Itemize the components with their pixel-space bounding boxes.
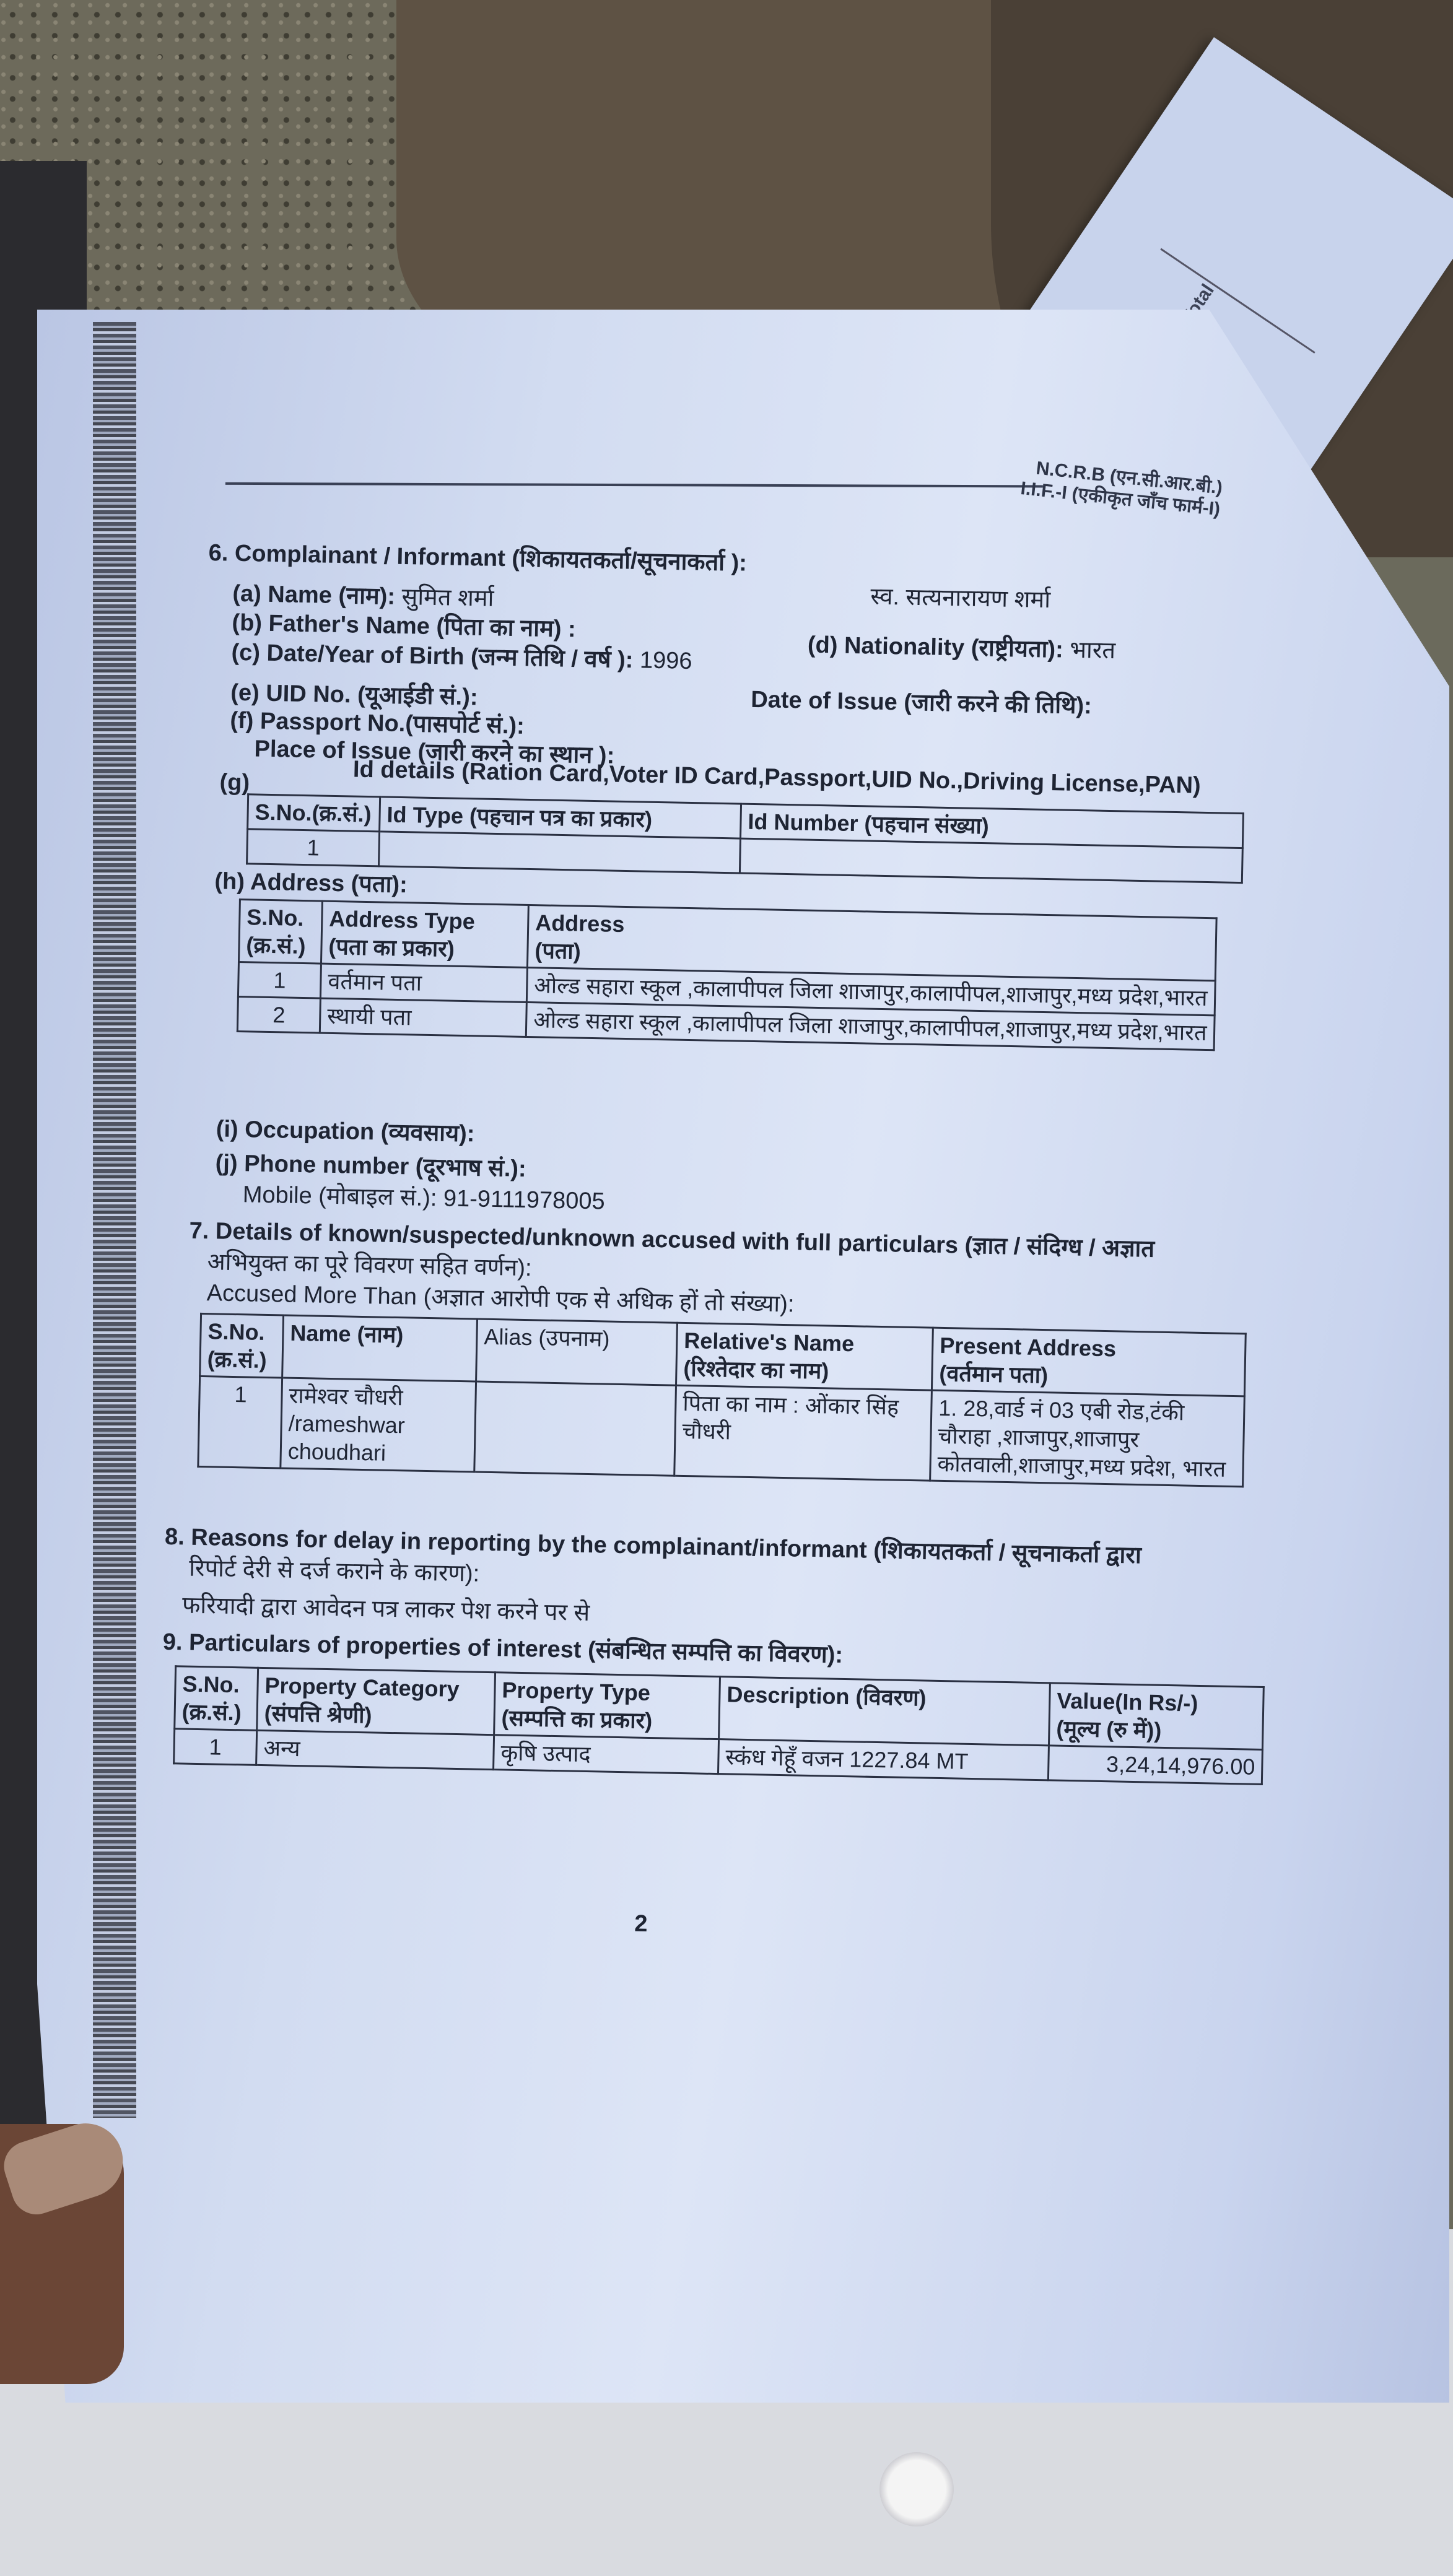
header-description: Description (विवरण)	[719, 1677, 1050, 1746]
header-property-category: Property Category (संपत्ति श्रेणी)	[257, 1668, 495, 1734]
name-label: (a) Name (नाम):	[232, 581, 395, 610]
cell-sno: 1	[198, 1376, 282, 1468]
header-sno: S.No. (क्र.सं.)	[200, 1313, 284, 1378]
cell-value: 3,24,14,976.00	[1048, 1746, 1262, 1785]
header-value: Value(In Rs/-) (मूल्य (रु में))	[1049, 1683, 1263, 1750]
cell-relative-name: पिता का नाम : ओंकार सिंह चौधरी	[674, 1385, 932, 1481]
section-7-title-line-2: अभियुक्त का पूरे विवरण सहित वर्णन):	[207, 1248, 532, 1284]
cell-sno: 1	[174, 1729, 257, 1765]
staple-binding-edge	[93, 322, 136, 2118]
properties-table: S.No. (क्र.सं.) Property Category (संपत्…	[173, 1665, 1265, 1785]
header-alias: Alias (उपनाम)	[476, 1319, 678, 1385]
shirt-button	[879, 2452, 954, 2526]
section-8-title-line-2: रिपोर्ट देरी से दर्ज कराने के कारण):	[189, 1554, 480, 1589]
header-sno: S.No. (क्र.सं.)	[175, 1666, 258, 1731]
page-number: 2	[634, 1910, 648, 1939]
cell-accused-name: रामेश्वर चौधरी /rameshwar choudhari	[281, 1378, 476, 1472]
table-row: 1 रामेश्वर चौधरी /rameshwar choudhari पि…	[198, 1376, 1244, 1486]
cell-id-type	[379, 832, 741, 873]
cell-alias	[474, 1382, 676, 1476]
father-name-value: स्व. सत्यनारायण शर्मा	[870, 583, 1050, 616]
id-details-marker: (g)	[219, 768, 250, 798]
header-property-type: Property Type (सम्पत्ति का प्रकार)	[494, 1673, 720, 1739]
header-sno: S.No.(क्र.सं.)	[248, 794, 380, 832]
nationality-row: (d) Nationality (राष्ट्रीयता): भारत	[808, 631, 1116, 666]
occupation-label: (i) Occupation (व्यवसाय):	[216, 1115, 475, 1149]
header-address-type: Address Type (पता का प्रकार)	[321, 901, 528, 967]
dob-value: 1996	[640, 647, 692, 674]
cell-sno: 1	[247, 829, 380, 866]
cell-property-type: कृषि उत्पाद	[494, 1735, 719, 1774]
mobile-label: Mobile (मोबाइल सं.):	[242, 1181, 437, 1211]
address-title: (h) Address (पता):	[214, 867, 408, 900]
cell-present-address: 1. 28,वार्ड नं 03 एबी रोड,टंकी चौराहा ,श…	[930, 1390, 1245, 1487]
header-name: Name (नाम)	[282, 1315, 478, 1382]
header-relative-name: Relative's Name (रिश्तेदार का नाम)	[676, 1323, 933, 1390]
name-value: सुमित शर्मा	[401, 584, 494, 612]
mobile-value: 91-9111978005	[443, 1185, 605, 1214]
cell-property-category: अन्य	[256, 1730, 494, 1769]
accused-table: S.No. (क्र.सं.) Name (नाम) Alias (उपनाम)…	[197, 1313, 1246, 1487]
cell-address-type: स्थायी पता	[320, 998, 526, 1037]
dob-label: (c) Date/Year of Birth (जन्म तिथि / वर्ष…	[231, 640, 634, 673]
cell-sno: 2	[237, 997, 320, 1033]
phone-label: (j) Phone number (दूरभाष सं.):	[215, 1149, 526, 1184]
header-sno: S.No. (क्र.सं.)	[239, 900, 323, 964]
nationality-label: (d) Nationality (राष्ट्रीयता):	[808, 632, 1064, 663]
nationality-value: भारत	[1070, 637, 1116, 664]
cell-address-type: वर्तमान पता	[320, 964, 527, 1002]
address-table: S.No. (क्र.सं.) Address Type (पता का प्र…	[237, 899, 1218, 1051]
cell-description: स्कंध गेहूँ वजन 1227.84 MT	[718, 1739, 1049, 1780]
header-present-address: Present Address (वर्तमान पता)	[932, 1328, 1246, 1396]
cell-sno: 1	[238, 962, 321, 999]
